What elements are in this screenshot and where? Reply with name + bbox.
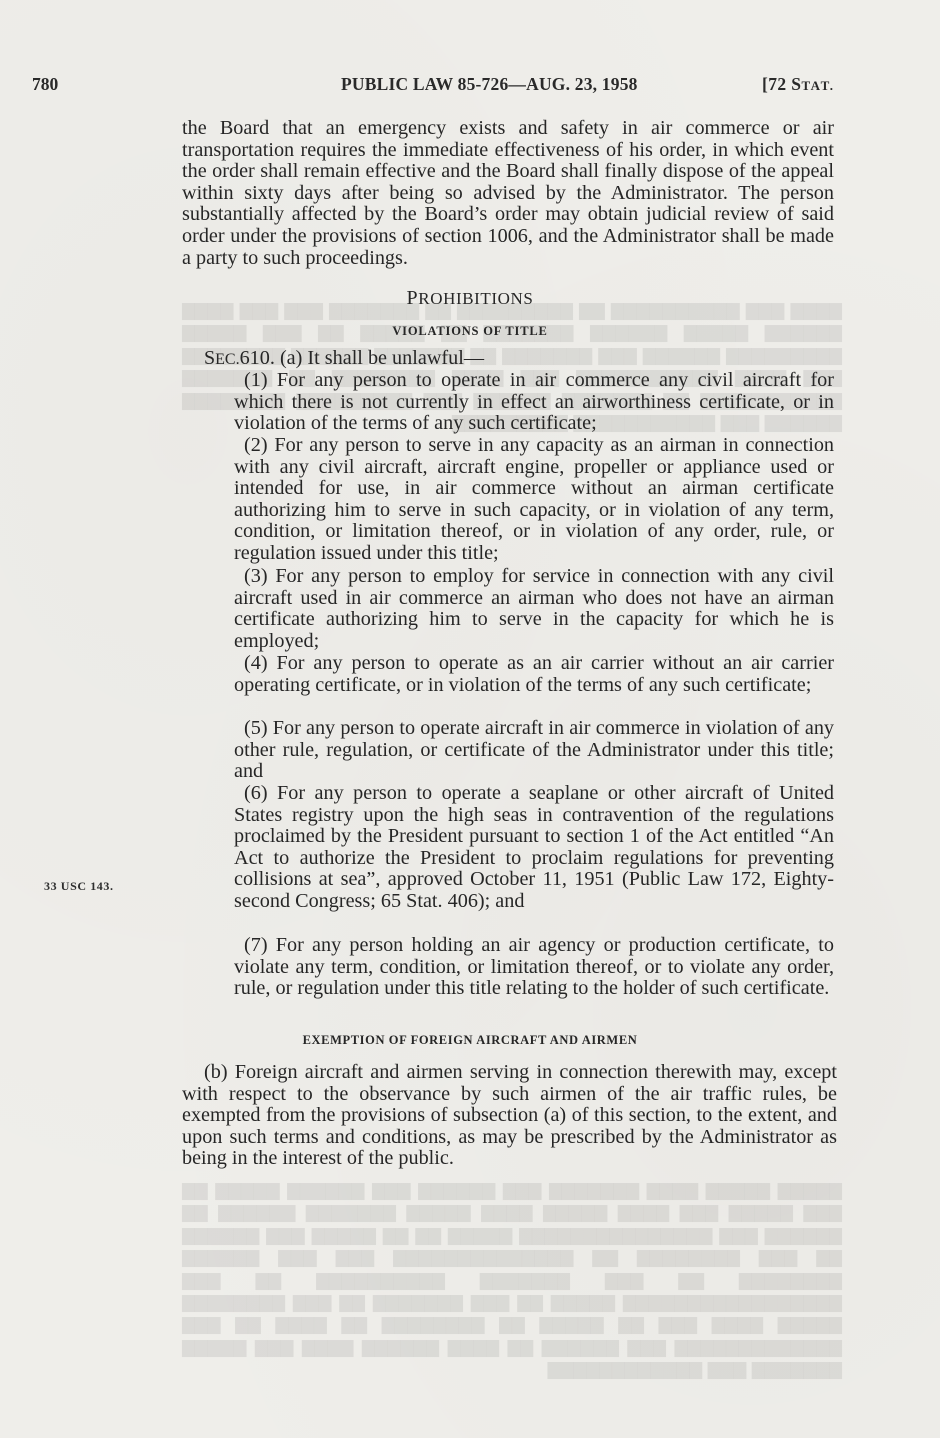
clause-2: (2) For any person to serve in any capac… — [234, 435, 834, 565]
section-label-rest: EC. — [215, 351, 239, 368]
clause-text: For any person to operate a seaplane or … — [234, 782, 834, 912]
statute-reference-bracket: [72 S — [762, 74, 801, 94]
intro-paragraph: the Board that an emergency exists and s… — [182, 118, 834, 269]
section-610-lead: SEC.610. (a) It shall be unlawful— — [182, 348, 834, 371]
clause-number: (2) — [244, 434, 268, 456]
clause-3: (3) For any person to employ for service… — [234, 566, 834, 652]
clause-number: (5) — [244, 717, 268, 739]
clause-4: (4) For any person to operate as an air … — [234, 653, 834, 696]
clause-5: (5) For any person to operate aircraft i… — [234, 718, 834, 783]
section-label-initial: S — [204, 347, 215, 369]
clause-number: (3) — [244, 565, 268, 587]
subsection-b: (b) Foreign aircraft and airmen serving … — [182, 1062, 837, 1170]
page-number: 780 — [32, 74, 58, 95]
section-610-block: SEC.610. (a) It shall be unlawful— (1) F… — [182, 348, 834, 371]
law-title: PUBLIC LAW 85-726—AUG. 23, 1958 — [341, 74, 638, 95]
clause-7: (7) For any person holding an air agency… — [234, 935, 834, 1000]
statute-reference: [72 STAT. — [762, 74, 835, 95]
section-lead-text: (a) It shall be unlawful— — [280, 347, 484, 369]
margin-citation: 33 USC 143. — [44, 879, 114, 894]
heading-violations-of-title: VIOLATIONS OF TITLE — [0, 324, 940, 339]
clause-text: For any person to serve in any capacity … — [234, 434, 834, 564]
heading-exemption-foreign-aircraft: EXEMPTION OF FOREIGN AIRCRAFT AND AIRMEN — [0, 1033, 940, 1048]
section-label: SEC. — [204, 347, 240, 369]
clause-text: For any person to operate as an air carr… — [234, 652, 834, 696]
statute-reference-smallcaps: TAT. — [801, 78, 834, 93]
clause-text: For any person to employ for service in … — [234, 565, 834, 652]
clause-6: (6) For any person to operate a seaplane… — [234, 783, 834, 913]
clause-number: (1) — [244, 369, 268, 391]
clause-1: (1) For any person to operate in air com… — [234, 370, 834, 435]
running-header: 780 PUBLIC LAW 85-726—AUG. 23, 1958 [72 … — [0, 74, 940, 100]
clause-text: For any person to operate in air commerc… — [234, 369, 834, 434]
clause-number: (6) — [244, 782, 268, 804]
section-number: 610. — [240, 347, 275, 369]
subsection-b-block: (b) Foreign aircraft and airmen serving … — [182, 1062, 837, 1170]
clause-number: (4) — [244, 652, 268, 674]
clause-number: (7) — [244, 934, 268, 956]
heading-prohibitions-rest: ROHIBITIONS — [418, 289, 533, 308]
heading-prohibitions-initial: P — [407, 287, 419, 309]
clause-text: For any person holding an air agency or … — [234, 934, 834, 999]
heading-prohibitions: PROHIBITIONS — [0, 287, 940, 310]
intro-paragraph-block: the Board that an emergency exists and s… — [182, 118, 834, 269]
clause-text: For any person to operate aircraft in ai… — [234, 717, 834, 782]
